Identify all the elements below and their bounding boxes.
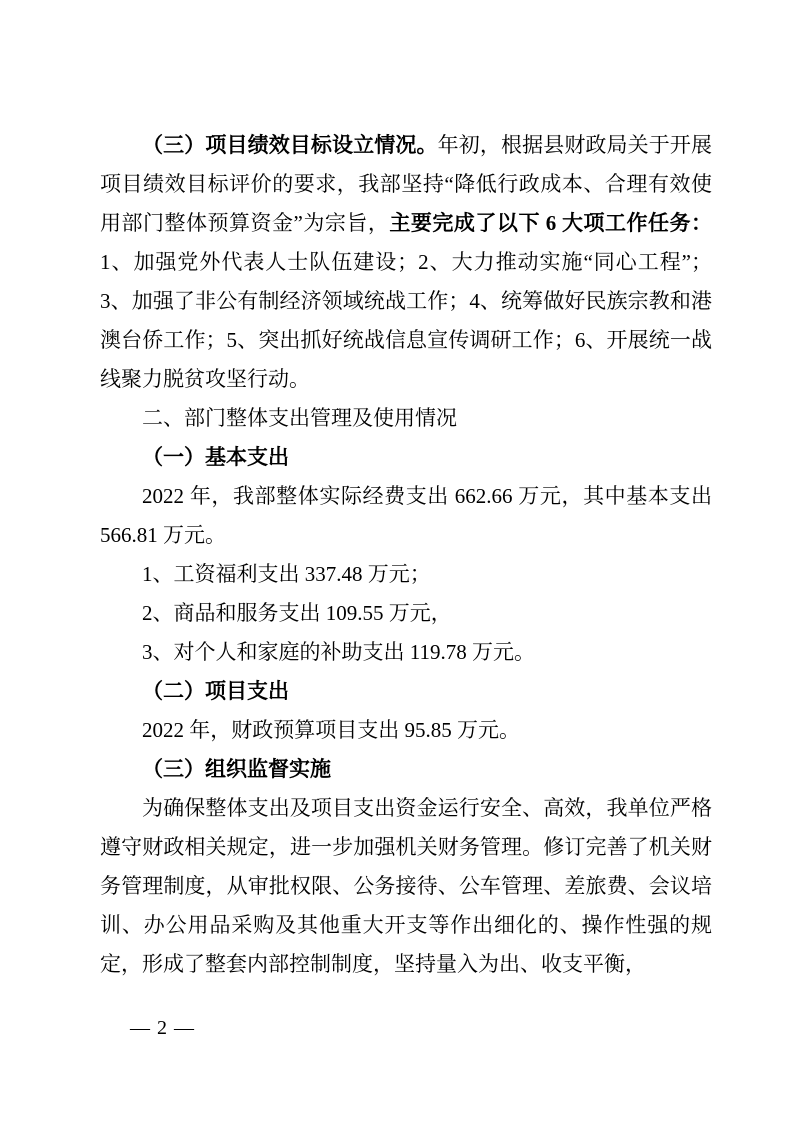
heading-section2-expenditure-management: 二、部门整体支出管理及使用情况 [100, 399, 712, 438]
list-item-individual-family-subsidy: 3、对个人和家庭的补助支出 119.78 万元。 [100, 633, 712, 672]
heading-project-expenditure: （二）项目支出 [100, 672, 712, 711]
list-item-goods-services: 2、商品和服务支出 109.55 万元， [100, 594, 712, 633]
text-run-goal-task-list: 1、加强党外代表人士队伍建设；2、大力推动实施“同心工程”；3、加强了非公有制经… [100, 250, 712, 391]
paragraph-project-expenditure-total: 2022 年，财政预算项目支出 95.85 万元。 [100, 711, 712, 750]
paragraph-performance-goals: （三）项目绩效目标设立情况。年初，根据县财政局关于开展项目绩效目标评价的要求，我… [100, 126, 712, 399]
inline-heading-section3-goals: （三）项目绩效目标设立情况。 [142, 133, 438, 157]
document-page: （三）项目绩效目标设立情况。年初，根据县财政局关于开展项目绩效目标评价的要求，我… [0, 0, 794, 1122]
page-number: — 2 — [130, 1013, 195, 1043]
heading-basic-expenditure: （一）基本支出 [100, 438, 712, 477]
paragraph-supervision-details: 为确保整体支出及项目支出资金运行安全、高效，我单位严格遵守财政相关规定，进一步加… [100, 789, 712, 984]
heading-organization-supervision: （三）组织监督实施 [100, 750, 712, 789]
document-body: （三）项目绩效目标设立情况。年初，根据县财政局关于开展项目绩效目标评价的要求，我… [100, 126, 712, 984]
text-run-goal-bold-tasks: 主要完成了以下 6 大项工作任务： [389, 211, 712, 235]
list-item-salary-welfare: 1、工资福利支出 337.48 万元； [100, 555, 712, 594]
paragraph-basic-expenditure-total: 2022 年，我部整体实际经费支出 662.66 万元，其中基本支出 566.8… [100, 477, 712, 555]
